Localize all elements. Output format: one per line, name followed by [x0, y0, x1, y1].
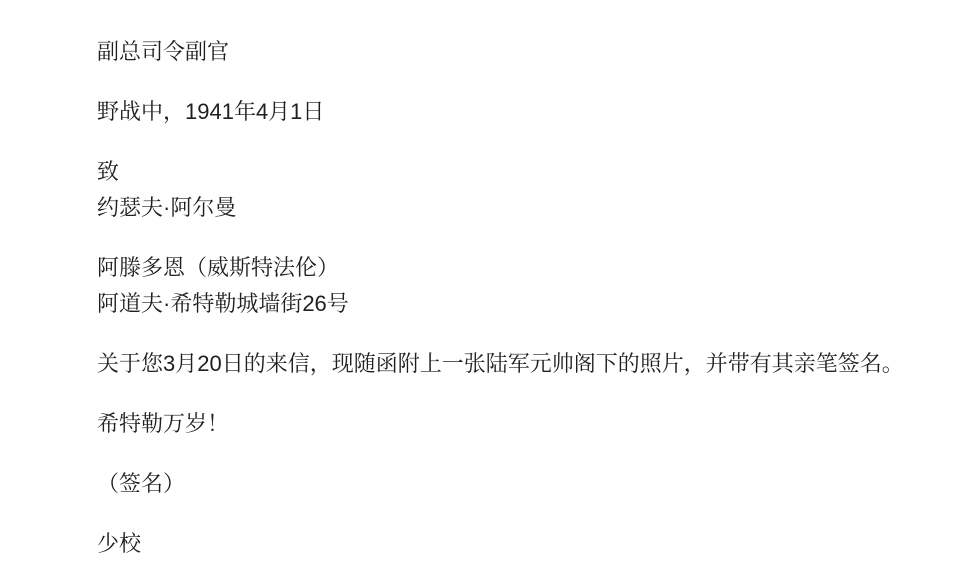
paragraph-recipient-name: 致 约瑟夫·阿尔曼 [97, 154, 937, 226]
paragraph-sender-title: 副总司令副官 [97, 34, 937, 70]
letter-line: 野战中，1941年4月1日 [97, 99, 324, 124]
letter-line: 关于您3月20日的来信，现随函附上一张陆军元帅阁下的照片，并带有其亲笔签名。 [97, 351, 904, 376]
letter-line: 希特勒万岁！ [97, 411, 229, 436]
paragraph-rank: 少校 [97, 526, 937, 562]
letter-line: 阿道夫·希特勒城墙街26号 [97, 291, 349, 316]
letter-line: （签名） [97, 471, 185, 496]
letter-line: 少校 [97, 531, 141, 556]
letter-line: 副总司令副官 [97, 39, 229, 64]
letter-line: 约瑟夫·阿尔曼 [97, 195, 236, 220]
letter-line: 致 [97, 159, 119, 184]
paragraph-date-line: 野战中，1941年4月1日 [97, 94, 937, 130]
paragraph-recipient-address: 阿滕多恩（威斯特法伦） 阿道夫·希特勒城墙街26号 [97, 250, 937, 322]
letter-line: 阿滕多恩（威斯特法伦） [97, 255, 339, 280]
paragraph-signature-placeholder: （签名） [97, 466, 937, 502]
paragraph-salute: 希特勒万岁！ [97, 406, 937, 442]
paragraph-body: 关于您3月20日的来信，现随函附上一张陆军元帅阁下的照片，并带有其亲笔签名。 [97, 346, 937, 382]
letter-document: 副总司令副官 野战中，1941年4月1日 致 约瑟夫·阿尔曼 阿滕多恩（威斯特法… [0, 0, 977, 584]
